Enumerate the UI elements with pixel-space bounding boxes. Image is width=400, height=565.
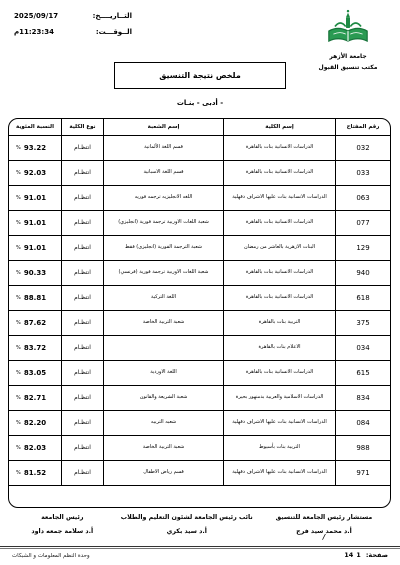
key-number-cell: 032 (335, 136, 390, 160)
college-name-cell: الدراسات الانسانية بنات عليها الاشراف دق… (223, 461, 335, 485)
percent-sign: % (16, 470, 21, 476)
college-name-cell: الاعلام بنات بالقاهرة (223, 336, 335, 360)
percent-sign: % (16, 370, 21, 376)
table-row: 077 الدراسات الانسانية بنات بالقاهرة شعب… (9, 211, 390, 236)
key-number-cell: 988 (335, 436, 390, 460)
branch-name-cell: شعبه التربيه (103, 411, 223, 435)
college-name-cell: الدراسات الانسانية بنات عليها الاشراف دق… (223, 411, 335, 435)
column-header-college: إسم الكلية (223, 119, 335, 135)
percentage-value: 88.81 (24, 294, 46, 302)
percentage-cell: 87.62 % (9, 311, 61, 335)
signature-name: أ.د سيد بكري (117, 528, 257, 535)
percentage-cell: 81.52 % (9, 461, 61, 485)
table-row: 034 الاعلام بنات بالقاهرة انتظـام 83.72 … (9, 336, 390, 361)
college-name-cell: الدراسات الانسانية بنات بالقاهرة (223, 361, 335, 385)
percent-sign: % (16, 445, 21, 451)
percent-sign: % (16, 170, 21, 176)
percentage-cell: 83.05 % (9, 361, 61, 385)
college-type-cell: انتظـام (61, 211, 103, 235)
column-header-percent: النسبة المئوية (9, 119, 61, 135)
college-name-cell: الدراسات الانسانية بنات بالقاهرة (223, 161, 335, 185)
branch-name-cell: قسم رياض الاطفال (103, 461, 223, 485)
branch-name-cell: اللغة التركية (103, 286, 223, 310)
college-type-cell: انتظـام (61, 186, 103, 210)
signature-name: أ.د سلامة جمعه داود (8, 528, 117, 535)
percentage-cell: 83.72 % (9, 336, 61, 360)
college-type-cell: انتظـام (61, 286, 103, 310)
college-type-cell: انتظـام (61, 436, 103, 460)
column-header-branch: إسم الشعبة (103, 119, 223, 135)
signature-mark: / (257, 535, 391, 539)
percentage-cell: 91.01 % (9, 186, 61, 210)
key-number-cell: 129 (335, 236, 390, 260)
table-row: 988 التربية بنات بأسيوط شعبة التربية الخ… (9, 436, 390, 461)
percentage-value: 82.03 (24, 444, 46, 452)
table-row: 129 البنات الازهرية بالعاشر من رمضان شعب… (9, 236, 390, 261)
percentage-cell: 82.71 % (9, 386, 61, 410)
report-page: التــاريــــخ: 2025/09/17 الــوقـــت: 11… (0, 0, 400, 565)
college-name-cell: التربية بنات بأسيوط (223, 436, 335, 460)
college-name-cell: الدراسات الانسانية بنات بالقاهرة (223, 261, 335, 285)
key-number-cell: 971 (335, 461, 390, 485)
percentage-cell: 82.03 % (9, 436, 61, 460)
percentage-value: 83.72 (24, 344, 46, 352)
key-number-cell: 084 (335, 411, 390, 435)
table-empty-space (9, 486, 390, 507)
column-header-key: رقم المفتاح (335, 119, 390, 135)
key-number-cell: 033 (335, 161, 390, 185)
table-row: 618 الدراسات الانسانية بنات بالقاهرة الل… (9, 286, 390, 311)
percentage-value: 81.52 (24, 469, 46, 477)
date-value: 2025/09/17 (14, 12, 58, 20)
percent-sign: % (16, 245, 21, 251)
table-body: 032 الدراسات الانسانية بنات بالقاهرة قسم… (9, 136, 390, 486)
key-number-cell: 034 (335, 336, 390, 360)
time-label: الــوقـــت: (96, 28, 132, 36)
branch-name-cell: اللغة الاوردية (103, 361, 223, 385)
percentage-value: 91.01 (24, 244, 46, 252)
percentage-value: 90.33 (24, 269, 46, 277)
percentage-value: 83.05 (24, 369, 46, 377)
table-row: 032 الدراسات الانسانية بنات بالقاهرة قسم… (9, 136, 390, 161)
branch-name-cell: شعبة اللغات الاوربية ترجمة فورية (فرنسي) (103, 261, 223, 285)
percentage-cell: 93.22 % (9, 136, 61, 160)
report-subtitle: - أدبى - بنـات (0, 99, 400, 107)
percentage-value: 87.62 (24, 319, 46, 327)
college-type-cell: انتظـام (61, 361, 103, 385)
percentage-value: 93.22 (24, 144, 46, 152)
branch-name-cell: شعبة الترجمة الفورية (انجليزى) فقط (103, 236, 223, 260)
signature-title: مستشار رئيس الجامعة للتنسيق (257, 514, 391, 521)
table-row: 615 الدراسات الانسانية بنات بالقاهرة الل… (9, 361, 390, 386)
college-type-cell: انتظـام (61, 336, 103, 360)
percent-sign: % (16, 295, 21, 301)
table-row: 834 الدراسات الاسلامية والعربية بدمنهور … (9, 386, 390, 411)
percentage-cell: 91.01 % (9, 236, 61, 260)
table-row: 063 الدراسات الانسانية بنات عليها الاشرا… (9, 186, 390, 211)
college-type-cell: انتظـام (61, 461, 103, 485)
table-row: 375 التربية بنات بالقاهرة شعبة التربية ا… (9, 311, 390, 336)
branch-name-cell: اللغه الانجليزيه ترجمه فوريه (103, 186, 223, 210)
report-title-box: ملخص نتيجة التنسيق (114, 62, 286, 89)
percent-sign: % (16, 395, 21, 401)
college-name-cell: الدراسات الاسلامية والعربية بدمنهور بحير… (223, 386, 335, 410)
percentage-value: 82.20 (24, 419, 46, 427)
branch-name-cell: قسم اللغة الاسبانية (103, 161, 223, 185)
percentage-cell: 92.03 % (9, 161, 61, 185)
page-current: 1 (356, 551, 361, 559)
percent-sign: % (16, 420, 21, 426)
table-row: 971 الدراسات الانسانية بنات عليها الاشرا… (9, 461, 390, 486)
college-name-cell: الدراسات الانسانية بنات عليها الاشراف دق… (223, 186, 335, 210)
key-number-cell: 077 (335, 211, 390, 235)
key-number-cell: 615 (335, 361, 390, 385)
page-info: صفحة: 1 14 (344, 551, 388, 559)
office-name: مكتب تنسيق القبول (316, 64, 380, 71)
logo-block: جامعة الأزهر مكتب تنسيق القبول (316, 5, 380, 71)
percent-sign: % (16, 145, 21, 151)
branch-name-cell: قسم اللغة الألمانية (103, 136, 223, 160)
college-name-cell: البنات الازهرية بالعاشر من رمضان (223, 236, 335, 260)
page-total: 14 (344, 551, 353, 559)
key-number-cell: 940 (335, 261, 390, 285)
time-value: 11:23:34م (14, 28, 54, 36)
table-row: 940 الدراسات الانسانية بنات بالقاهرة شعب… (9, 261, 390, 286)
college-name-cell: الدراسات الانسانية بنات بالقاهرة (223, 286, 335, 310)
university-logo-icon (316, 5, 380, 51)
branch-name-cell: شعبة التربية الخاصة (103, 436, 223, 460)
percent-sign: % (16, 320, 21, 326)
percentage-value: 92.03 (24, 169, 46, 177)
college-name-cell: الدراسات الانسانية بنات بالقاهرة (223, 136, 335, 160)
college-type-cell: انتظـام (61, 386, 103, 410)
percentage-cell: 90.33 % (9, 261, 61, 285)
page-label: صفحة: (366, 551, 388, 559)
college-type-cell: انتظـام (61, 261, 103, 285)
key-number-cell: 834 (335, 386, 390, 410)
percentage-cell: 91.01 % (9, 211, 61, 235)
results-table: رقم المفتاح إسم الكلية إسم الشعبة نوع ال… (8, 118, 391, 508)
percentage-cell: 82.20 % (9, 411, 61, 435)
signature-vice-president: نائب رئيس الجامعة لشئون التعليم والطلاب … (117, 514, 257, 539)
date-line: التــاريــــخ: 2025/09/17 (14, 12, 132, 20)
footer-divider (0, 546, 400, 549)
college-name-cell: الدراسات الانسانية بنات بالقاهرة (223, 211, 335, 235)
datetime-block: التــاريــــخ: 2025/09/17 الــوقـــت: 11… (14, 12, 132, 44)
branch-name-cell (103, 336, 223, 360)
percentage-value: 91.01 (24, 219, 46, 227)
branch-name-cell: شعبة التربية الخاصة (103, 311, 223, 335)
college-type-cell: انتظـام (61, 136, 103, 160)
branch-name-cell: شعبة الشريعة والقانون (103, 386, 223, 410)
column-header-type: نوع الكلية (61, 119, 103, 135)
report-title: ملخص نتيجة التنسيق (159, 71, 241, 80)
table-row: 033 الدراسات الانسانية بنات بالقاهرة قسم… (9, 161, 390, 186)
table-header-row: رقم المفتاح إسم الكلية إسم الشعبة نوع ال… (9, 119, 390, 136)
percentage-value: 91.01 (24, 194, 46, 202)
it-unit-name: وحدة النظم المعلومات و الشبكات (12, 553, 90, 559)
signatures-row: مستشار رئيس الجامعة للتنسيق أ.د محمد سيد… (8, 514, 391, 539)
college-name-cell: التربية بنات بالقاهرة (223, 311, 335, 335)
branch-name-cell: شعبة اللغات الاوربية ترجمة فورية (انجليز… (103, 211, 223, 235)
percent-sign: % (16, 220, 21, 226)
key-number-cell: 375 (335, 311, 390, 335)
college-type-cell: انتظـام (61, 311, 103, 335)
table-row: 084 الدراسات الانسانية بنات عليها الاشرا… (9, 411, 390, 436)
signature-coordination-advisor: مستشار رئيس الجامعة للتنسيق أ.د محمد سيد… (257, 514, 391, 539)
percentage-cell: 88.81 % (9, 286, 61, 310)
percentage-value: 82.71 (24, 394, 46, 402)
percent-sign: % (16, 270, 21, 276)
college-type-cell: انتظـام (61, 161, 103, 185)
signature-title: نائب رئيس الجامعة لشئون التعليم والطلاب (117, 514, 257, 521)
key-number-cell: 063 (335, 186, 390, 210)
signature-title: رئيس الجامعة (8, 514, 117, 521)
key-number-cell: 618 (335, 286, 390, 310)
signature-president: رئيس الجامعة أ.د سلامة جمعه داود (8, 514, 117, 539)
time-line: الــوقـــت: 11:23:34م (14, 28, 132, 36)
date-label: التــاريــــخ: (93, 12, 132, 20)
percent-sign: % (16, 195, 21, 201)
percent-sign: % (16, 345, 21, 351)
college-type-cell: انتظـام (61, 236, 103, 260)
university-name: جامعة الأزهر (316, 53, 380, 60)
college-type-cell: انتظـام (61, 411, 103, 435)
